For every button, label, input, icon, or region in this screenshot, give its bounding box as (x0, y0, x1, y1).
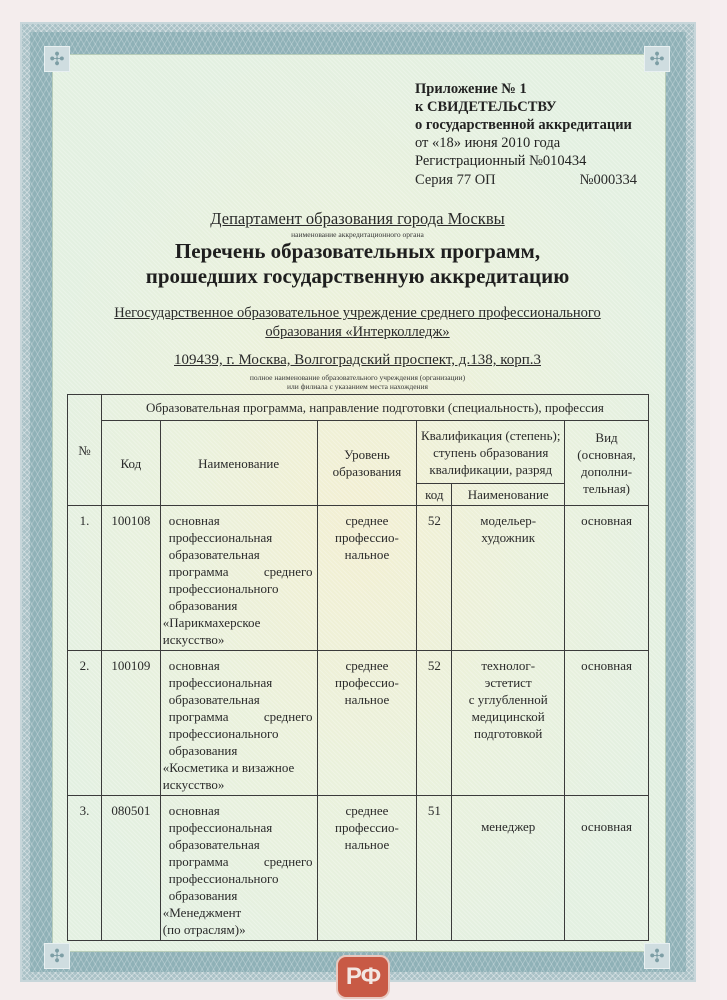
program-name-line: основная (169, 512, 313, 529)
table-row: 3.080501основнаяпрофессиональнаяобразова… (68, 796, 649, 941)
program-name-line: программа среднего (169, 708, 313, 725)
appendix-date: от «18» июня 2010 года (415, 134, 632, 152)
program-name-line: профессионального (169, 870, 313, 887)
table-row: 1.100108основнаяпрофессиональнаяобразова… (68, 506, 649, 651)
registration-number: Регистрационный №010434 (415, 152, 632, 170)
program-name-line: профессионального (169, 580, 313, 597)
appendix-certificate: к СВИДЕТЕЛЬСТВУ (415, 98, 632, 116)
rf-emblem-icon: РФ (336, 955, 390, 999)
level-line: профессио- (321, 674, 414, 691)
level-line: среднее (321, 657, 414, 674)
row-program-name: основнаяпрофессиональнаяобразовательнаяп… (160, 506, 317, 651)
institution-name-line-2: образования «Интерколледж» (67, 323, 648, 342)
document-title: Перечень образовательных программ, проше… (67, 239, 648, 289)
row-qual-code: 52 (417, 506, 452, 651)
corner-ornament-icon (644, 943, 670, 969)
program-name-line: искусство» (163, 631, 313, 648)
program-name-line: основная (169, 657, 313, 674)
row-level: среднеепрофессио-нальное (317, 796, 417, 941)
program-name-line: профессиональная (169, 529, 313, 546)
institution-caption: полное наименование образовательного учр… (67, 373, 648, 391)
program-name-line: образования (169, 597, 313, 614)
row-code: 080501 (101, 796, 160, 941)
row-code: 100109 (101, 651, 160, 796)
header-code: Код (101, 421, 160, 506)
row-program-name: основнаяпрофессиональнаяобразовательнаяп… (160, 651, 317, 796)
header-number: № (68, 395, 102, 506)
series-number: №000334 (580, 172, 637, 189)
qual-name-line: технолог- (455, 657, 561, 674)
row-type: основная (565, 651, 649, 796)
row-qual-name: менеджер (452, 796, 565, 941)
corner-ornament-icon (44, 943, 70, 969)
program-name-line: образования (169, 887, 313, 904)
header-name: Наименование (160, 421, 317, 506)
program-name-line: образовательная (169, 836, 313, 853)
row-number: 3. (68, 796, 102, 941)
appendix-title: Приложение № 1 (415, 80, 632, 98)
row-level: среднеепрофессио-нальное (317, 651, 417, 796)
appendix-accreditation: о государственной аккредитации (415, 116, 632, 134)
program-name-line: образовательная (169, 546, 313, 563)
program-name-line: (по отраслям)» (163, 921, 313, 938)
series-label: Серия 77 ОП (415, 172, 496, 189)
corner-ornament-icon (44, 46, 70, 72)
row-code: 100108 (101, 506, 160, 651)
header-qual-code: код (417, 484, 452, 506)
program-name-line: «Косметика и визажное (163, 759, 313, 776)
program-name-line: «Парикмахерское (163, 614, 313, 631)
qual-name-line: модельер- (455, 512, 561, 529)
program-name-line: образования (169, 742, 313, 759)
program-name-line: программа среднего (169, 563, 313, 580)
level-line: среднее (321, 512, 414, 529)
programs-table: № Образовательная программа, направление… (67, 394, 649, 941)
header-type: Вид (основная, дополни-тельная) (565, 421, 649, 506)
header-level: Уровень образования (317, 421, 417, 506)
institution-caption-line-2: или филиала с указанием места нахождения (67, 382, 648, 391)
program-name-line: профессиональная (169, 674, 313, 691)
program-name-line: профессиональная (169, 819, 313, 836)
corner-ornament-icon (644, 46, 670, 72)
title-line-2: прошедших государственную аккредитацию (67, 264, 648, 289)
row-program-name: основнаяпрофессиональнаяобразовательнаяп… (160, 796, 317, 941)
header-qualification: Квалификация (степень); ступень образова… (417, 421, 565, 484)
program-name-line: основная (169, 802, 313, 819)
qual-name-line: подготовкой (455, 725, 561, 742)
row-qual-code: 52 (417, 651, 452, 796)
header-program-group: Образовательная программа, направление п… (101, 395, 648, 421)
qual-name-line: с углубленной (455, 691, 561, 708)
program-name-line: программа среднего (169, 853, 313, 870)
program-name-line: «Менеджмент (163, 904, 313, 921)
qual-name-line: медицинской (455, 708, 561, 725)
level-line: нальное (321, 691, 414, 708)
qual-name-line: эстетист (455, 674, 561, 691)
qual-name-line: менеджер (455, 818, 561, 835)
program-name-line: образовательная (169, 691, 313, 708)
level-line: профессио- (321, 529, 414, 546)
level-line: нальное (321, 546, 414, 563)
level-line: профессио- (321, 819, 414, 836)
row-number: 2. (68, 651, 102, 796)
appendix-header: Приложение № 1 к СВИДЕТЕЛЬСТВУ о государ… (415, 80, 632, 170)
series-line: Серия 77 ОП №000334 (415, 172, 637, 189)
title-line-1: Перечень образовательных программ, (67, 239, 648, 264)
row-number: 1. (68, 506, 102, 651)
row-type: основная (565, 506, 649, 651)
row-type: основная (565, 796, 649, 941)
row-qual-name: технолог-эстетистс углубленноймедицинско… (452, 651, 565, 796)
program-name-line: профессионального (169, 725, 313, 742)
institution-address: 109439, г. Москва, Волгоградский проспек… (67, 352, 648, 369)
header-qual-name: Наименование (452, 484, 565, 506)
level-line: нальное (321, 836, 414, 853)
institution-caption-line-1: полное наименование образовательного учр… (67, 373, 648, 382)
level-line: среднее (321, 802, 414, 819)
row-level: среднеепрофессио-нальное (317, 506, 417, 651)
qual-name-line: художник (455, 529, 561, 546)
program-name-line: искусство» (163, 776, 313, 793)
row-qual-code: 51 (417, 796, 452, 941)
row-qual-name: модельер-художник (452, 506, 565, 651)
institution-name: Негосударственное образовательное учрежд… (67, 304, 648, 342)
table-row: 2.100109основнаяпрофессиональнаяобразова… (68, 651, 649, 796)
authority-name: Департамент образования города Москвы (67, 209, 648, 229)
authority-caption: наименование аккредитационного органа (67, 230, 648, 239)
institution-name-line-1: Негосударственное образовательное учрежд… (67, 304, 648, 323)
